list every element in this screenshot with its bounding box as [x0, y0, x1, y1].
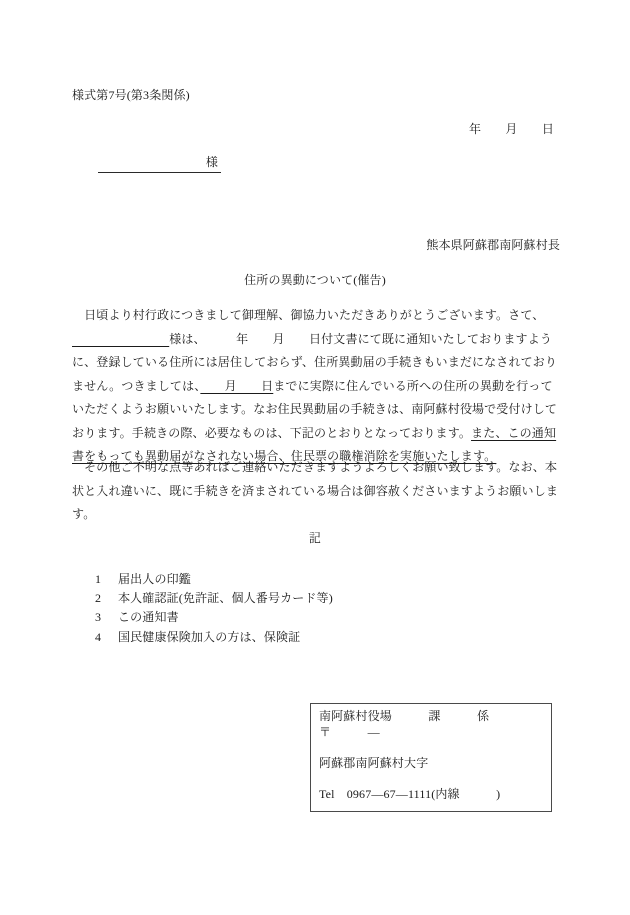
text-line: 日頃より村行政につきまして御理解、御協力いただきありがとうございます。さて、 [72, 304, 572, 328]
list-item-number: 2 [95, 589, 105, 608]
list-item: 2本人確認証(免許証、個人番号カード等) [95, 589, 333, 608]
list-item: 4国民健康保険加入の方は、保険証 [95, 628, 333, 647]
list-item-label: この通知書 [118, 610, 179, 624]
body-paragraph-1: 日頃より村行政につきまして御理解、御協力いただきありがとうございます。さて、 様… [72, 304, 572, 469]
text-line: す。 [72, 503, 572, 527]
fill-in-blank-underline: また、この通知 [471, 426, 556, 440]
contact-box-line: Tel 0967―67―1111(内線 ) [319, 787, 545, 803]
document-page: 様式第7号(第3条関係) 年 月 日 様 熊本県阿蘇郡南阿蘇村長 住所の異動につ… [0, 0, 630, 915]
list-item-label: 国民健康保険加入の方は、保険証 [118, 630, 300, 644]
required-items-list: 1届出人の印鑑2本人確認証(免許証、個人番号カード等)3この通知書4国民健康保険… [95, 570, 333, 647]
list-item: 1届出人の印鑑 [95, 570, 333, 589]
list-item-label: 本人確認証(免許証、個人番号カード等) [118, 591, 333, 605]
text-line: に、登録している住所には居住しておらず、住所異動届の手続きもいまだになされており [72, 351, 572, 375]
fill-in-blank-underline: 月 日 [200, 379, 273, 393]
list-item: 3この通知書 [95, 608, 333, 627]
ki-section-marker: 記 [0, 529, 630, 546]
text-line: ません。つきましては、 月 日までに実際に住んでいる所への住所の異動を行って [72, 375, 572, 399]
text-line: おります。手続きの際、必要なものは、下記のとおりとなっております。また、この通知 [72, 422, 572, 446]
text-line: その他ご不明な点等あればご連絡いただきますようよろしくお願い致します。なお、本 [72, 456, 572, 480]
sender-name: 熊本県阿蘇郡南阿蘇村長 [426, 236, 560, 253]
fill-in-blank-underline [72, 332, 169, 346]
contact-box-line: 〒 ― [319, 725, 545, 741]
date-blank-line: 年 月 日 [469, 120, 554, 137]
addressee-name-blank: 様 [98, 153, 221, 173]
contact-box-line: 阿蘇郡南阿蘇村大字 [319, 756, 545, 772]
list-item-number: 1 [95, 570, 105, 589]
contact-box-line [319, 771, 545, 787]
text-line: 状と入れ違いに、既に手続きを済まされている場合は御容赦くださいますようお願いしま [72, 480, 572, 504]
list-item-number: 4 [95, 628, 105, 647]
text-line: いただくようお願いいたします。なお住民異動届の手続きは、南阿蘇村役場で受付けして [72, 398, 572, 422]
text-line: 様は、 年 月 日付文書にて既に通知いたしておりますよう [72, 328, 572, 352]
body-paragraph-2: その他ご不明な点等あればご連絡いただきますようよろしくお願い致します。なお、本状… [72, 456, 572, 527]
list-item-number: 3 [95, 608, 105, 627]
contact-info-box: 南阿蘇村役場 課 係〒 ―阿蘇郡南阿蘇村大字Tel 0967―67―1111(内… [310, 703, 552, 812]
contact-box-line: 南阿蘇村役場 課 係 [319, 709, 545, 725]
list-item-label: 届出人の印鑑 [118, 572, 191, 586]
contact-box-line [319, 740, 545, 756]
document-title: 住所の異動について(催告) [0, 271, 630, 288]
form-number-label: 様式第7号(第3条関係) [72, 86, 190, 103]
addressee-line: 様 [98, 153, 221, 173]
